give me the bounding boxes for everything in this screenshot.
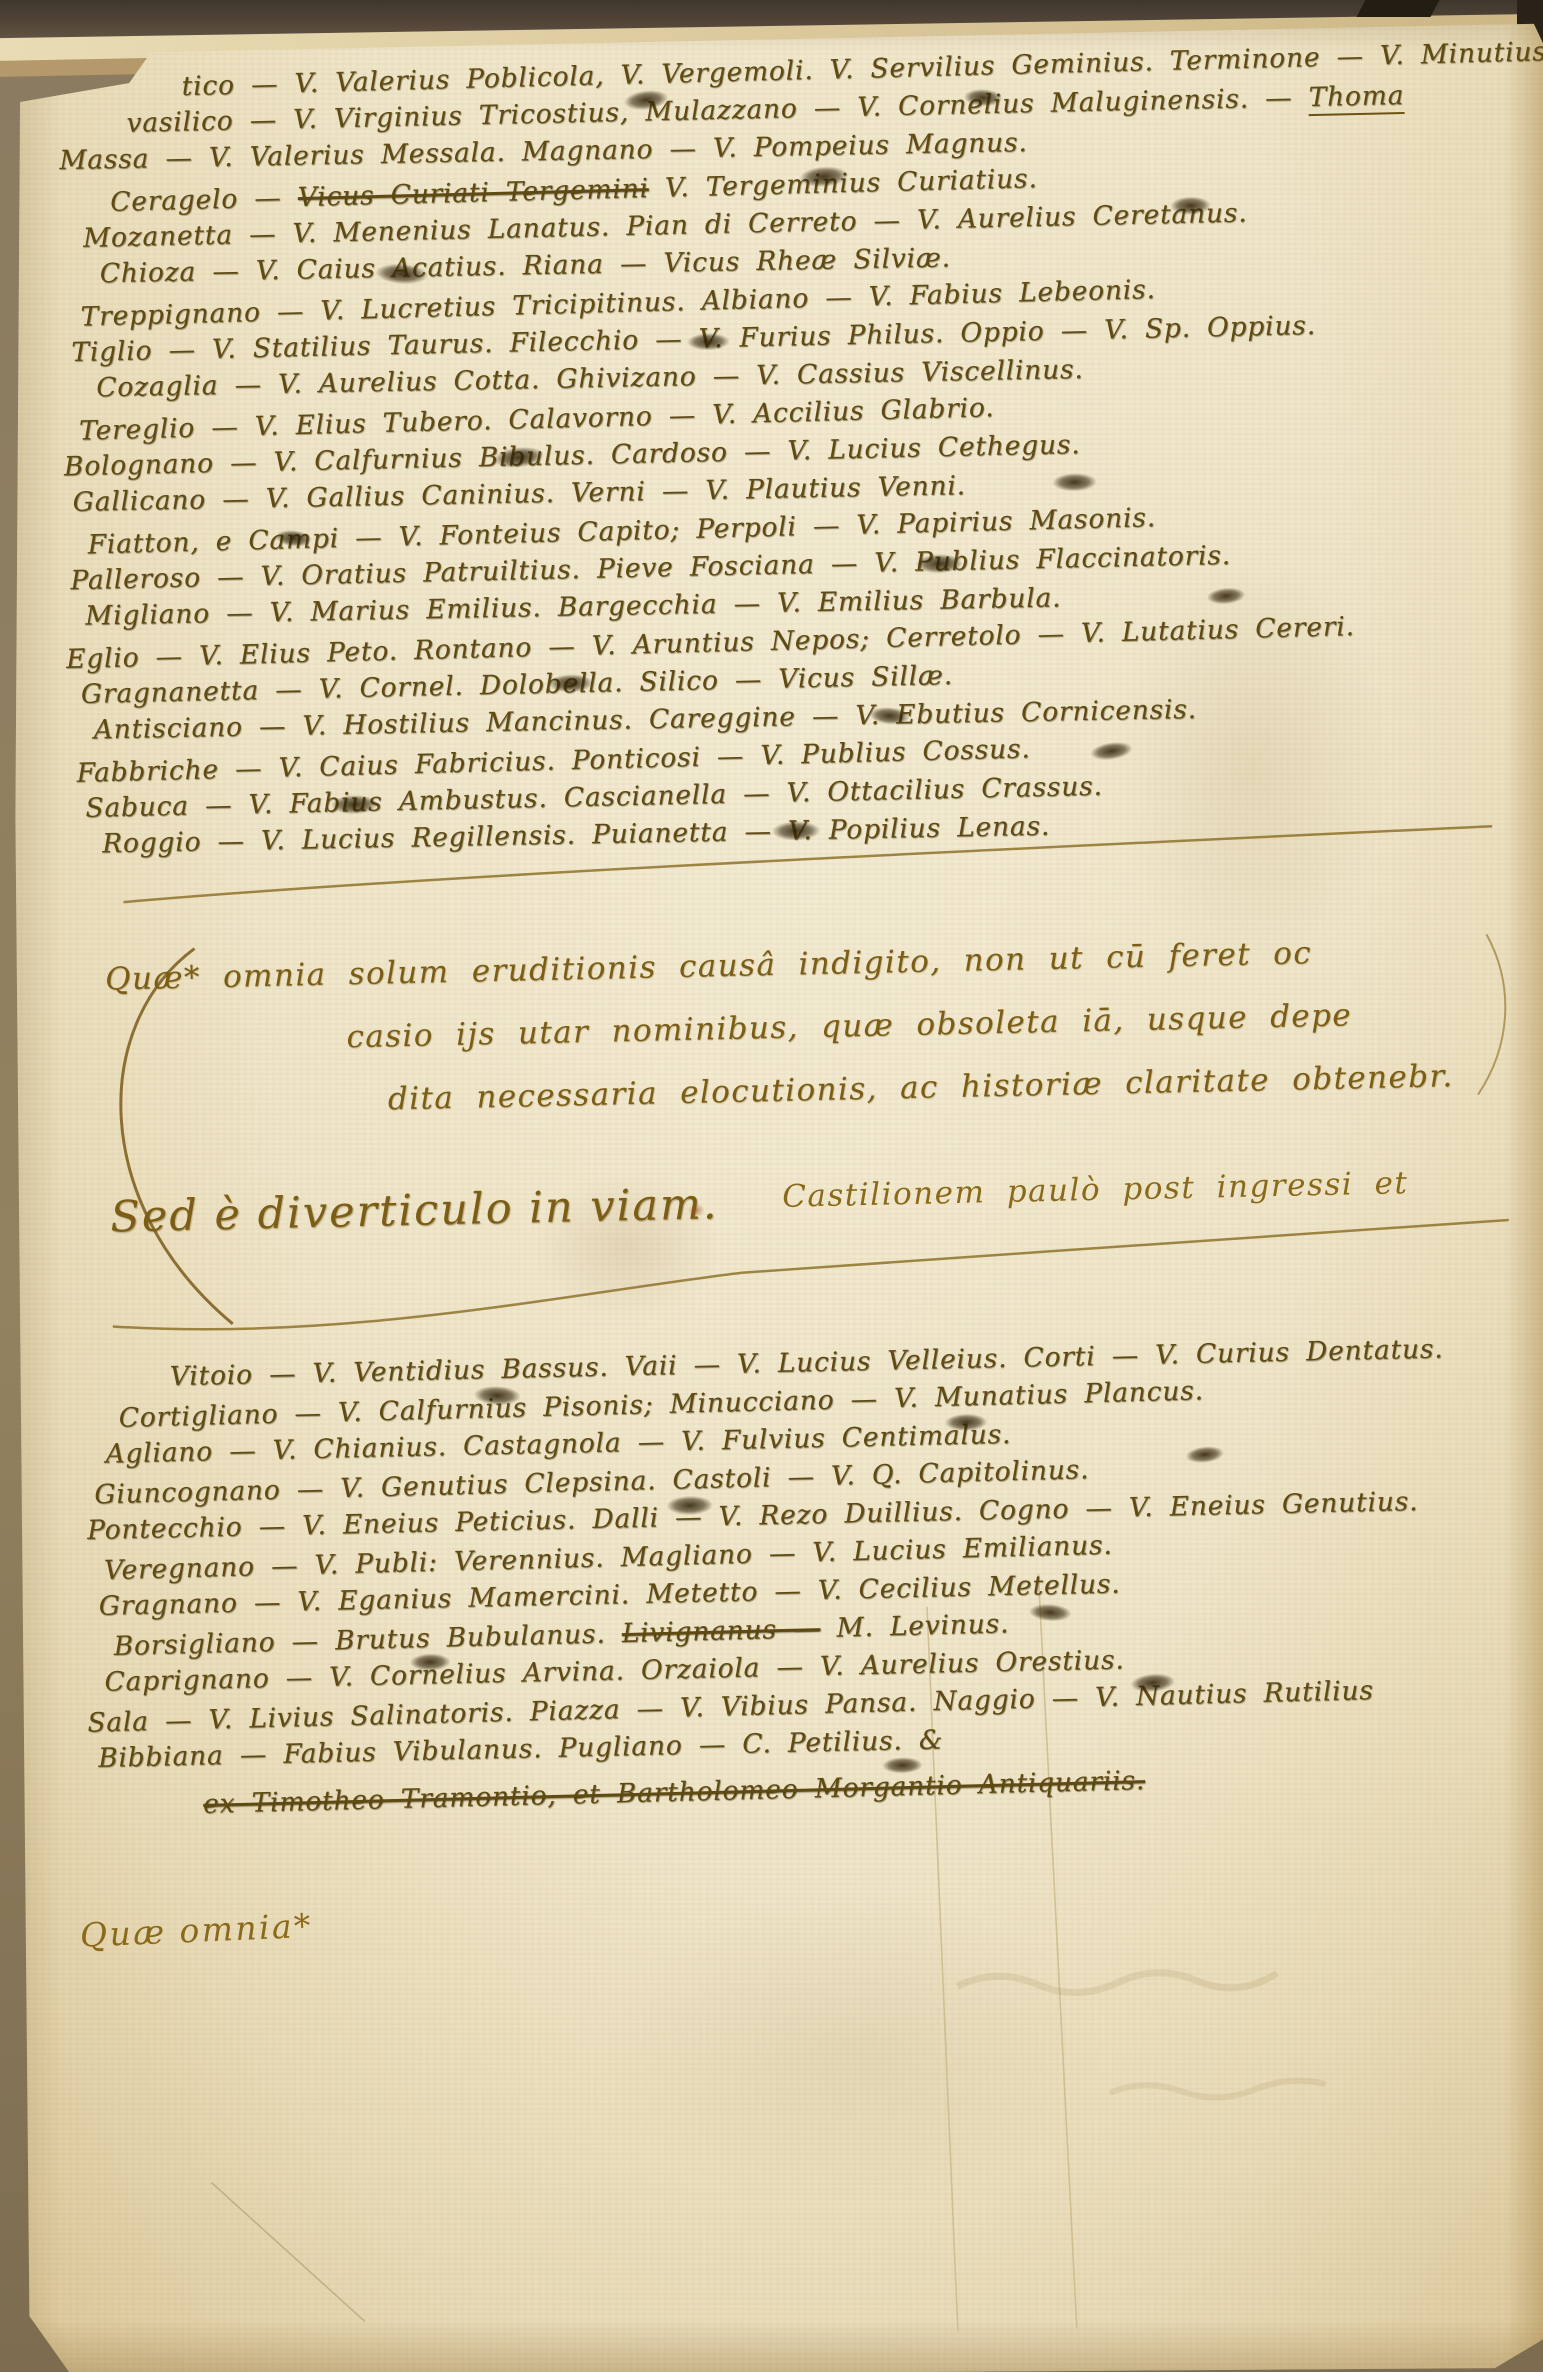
- paper-scratch: [211, 2179, 364, 2324]
- struck-text: Livignanus —: [621, 1613, 820, 1649]
- transition-right-text: Castilionem paulò post ingressi et: [782, 1165, 1409, 1215]
- binding-notch: [1356, 0, 1439, 17]
- underlined-text: Thoma: [1308, 80, 1404, 116]
- upper-gazetteer-list: tico — V. Valerius Poblicola, V. Vergemo…: [49, 40, 1499, 869]
- transition-left-text: Sed è diverticulo in viam.: [110, 1179, 719, 1242]
- lower-gazetteer-list: Vitoio — V. Ventidius Bassus. Vaii — V. …: [74, 1332, 1521, 1827]
- page-content: tico — V. Valerius Poblicola, V. Vergemo…: [15, 34, 1537, 2351]
- transition-line: Sed è diverticulo in viam. Castilionem p…: [110, 1162, 1504, 1242]
- line-text: Ceragelo —: [110, 182, 298, 218]
- struck-text: Vicus Curiati Tergemini: [297, 173, 649, 213]
- manuscript-photo: tico — V. Valerius Poblicola, V. Vergemo…: [0, 0, 1543, 2372]
- bleedthrough-squiggle: [957, 1970, 1277, 1995]
- bleedthrough-squiggle: [1110, 2080, 1326, 2100]
- underline-castilionem: [741, 1220, 1510, 1273]
- footnote-quae-omnia: Quæ omnia*: [79, 1906, 313, 1955]
- line-text: M. Levinus.: [820, 1608, 1010, 1644]
- separator-flourish-sed: [112, 1273, 743, 1332]
- marginal-annotation-paragraph: Quæ* omnia solum eruditionis causâ indig…: [105, 918, 1502, 1137]
